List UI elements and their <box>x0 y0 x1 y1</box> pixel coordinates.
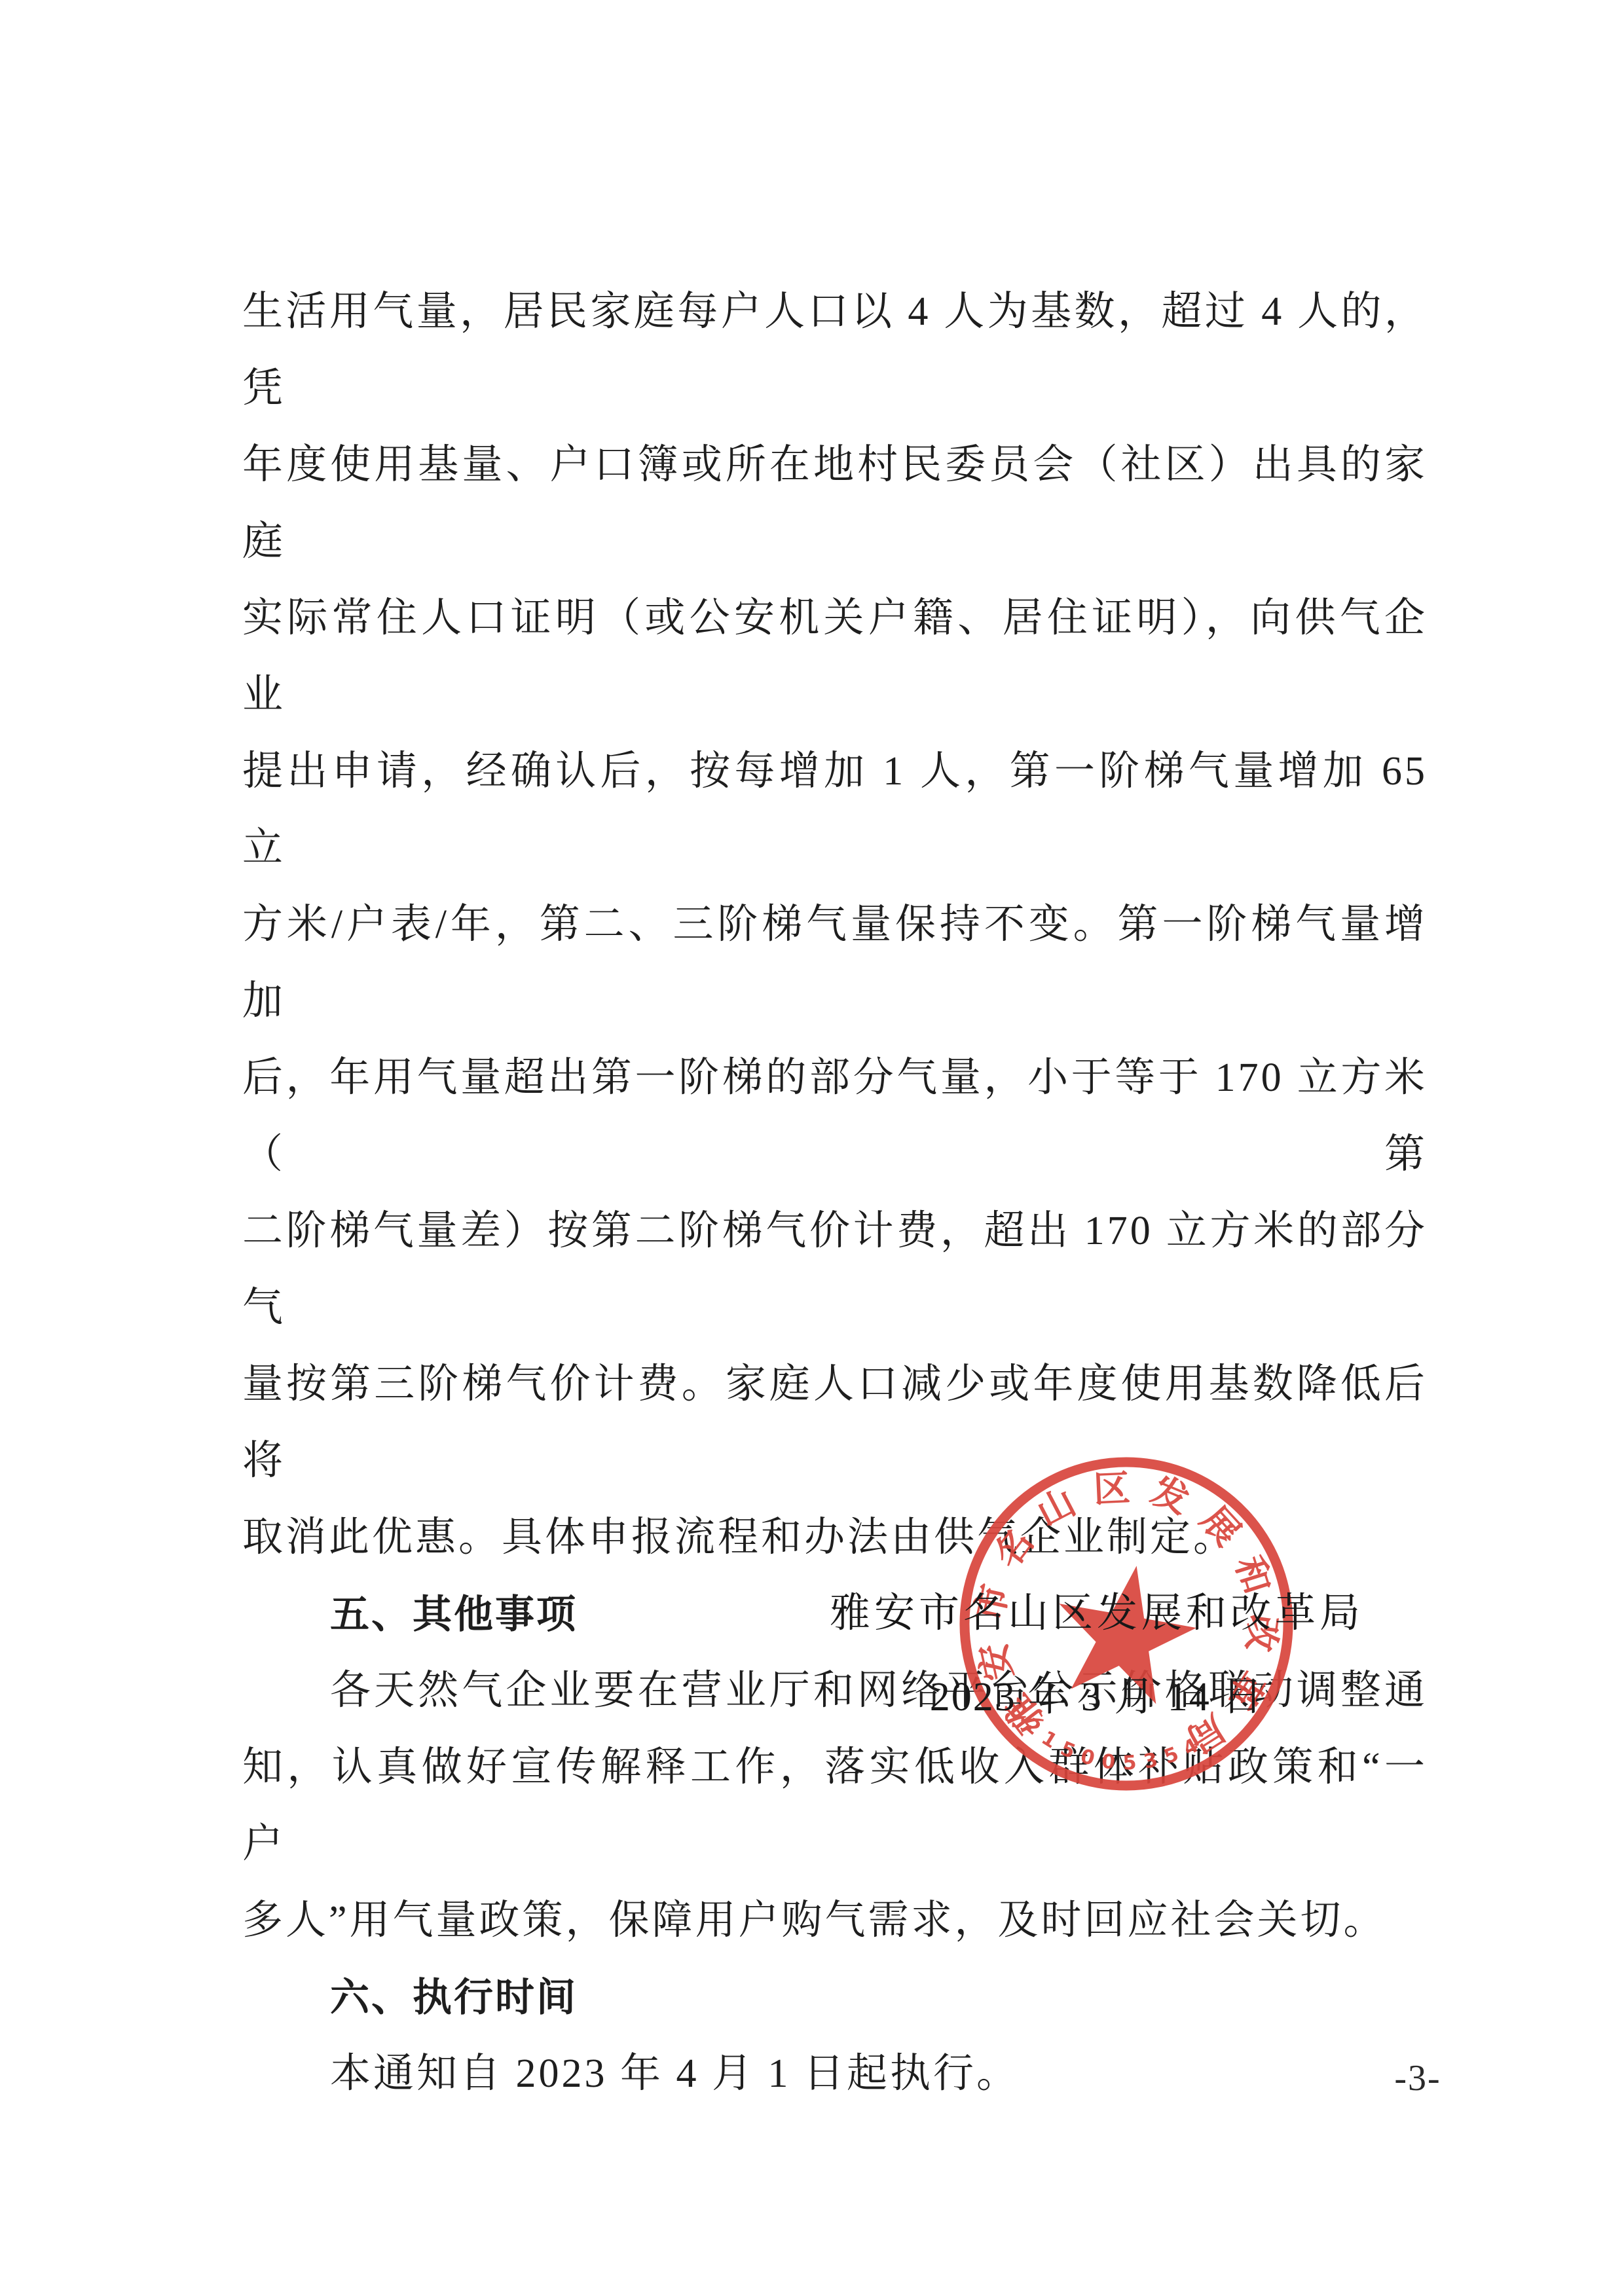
issue-date: 2023 年 3 月 14 日 <box>805 1674 1388 1721</box>
body-line: 后，年用气量超出第一阶梯的部分气量，小于等于 170 立方米（第 <box>242 1040 1428 1193</box>
body-line: 生活用气量，居民家庭每户人口以 4 人为基数，超过 4 人的，凭 <box>242 274 1428 427</box>
page-number: -3- <box>1369 2057 1467 2099</box>
body-line: 方米/户表/年，第二、三阶梯气量保持不变。第一阶梯气量增加 <box>242 887 1428 1040</box>
body-text: 生活用气量，居民家庭每户人口以 4 人为基数，超过 4 人的，凭 年度使用基量、… <box>242 274 1428 2112</box>
section-heading-effective-date: 六、执行时间 <box>242 1959 1428 2036</box>
document-page: 生活用气量，居民家庭每户人口以 4 人为基数，超过 4 人的，凭 年度使用基量、… <box>0 0 1624 2295</box>
issuing-agency-name: 雅安市名山区发展和改革局 <box>805 1590 1388 1637</box>
body-line: 二阶梯气量差）按第二阶梯气价计费，超出 170 立方米的部分气 <box>242 1193 1428 1346</box>
body-line: 提出申请，经确认后，按每增加 1 人，第一阶梯气量增加 65 立 <box>242 733 1428 887</box>
body-line: 多人”用气量政策，保障用户购气需求，及时回应社会关切。 <box>242 1882 1428 1959</box>
body-line: 实际常住人口证明（或公安机关户籍、居住证明），向供气企业 <box>242 580 1428 733</box>
body-line: 本通知自 2023 年 4 月 1 日起执行。 <box>242 2036 1428 2112</box>
body-line: 年度使用基量、户口簿或所在地村民委员会（社区）出具的家庭 <box>242 427 1428 580</box>
